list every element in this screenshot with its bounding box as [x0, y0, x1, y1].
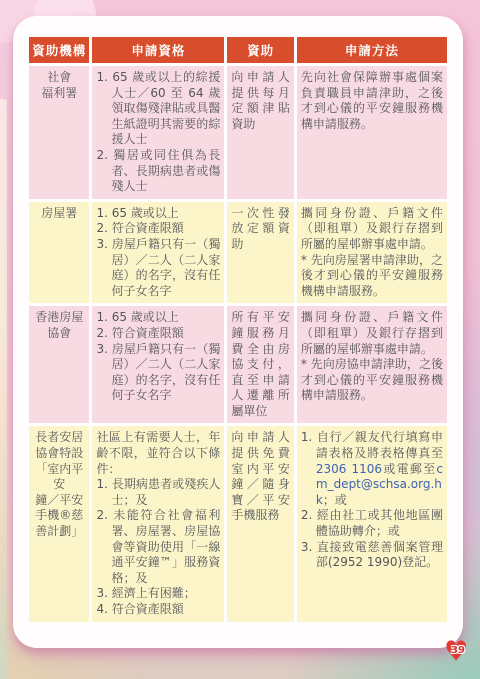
method-cell: 攜同身份證、戶籍文件（即租單）及銀行存摺到所屬的屋邨辦事處申請。 * 先向房協申… — [297, 306, 447, 423]
eligibility-item: 4. 符合資產限額 — [96, 602, 220, 618]
method-note: * 先向房屋署申請津助，之後才到心儀的平安鐘服務機構申請服務。 — [301, 253, 443, 300]
method-paragraph: 攜同身份證、戶籍文件（即租單）及銀行存摺到所屬的屋邨辦事處申請。 — [301, 310, 443, 357]
method-cell: 先向社會保障辦事處個案負責職員申請津助，之後才到心儀的平安鐘服務機構申請服務。 — [297, 66, 447, 199]
eligibility-item: 1. 65 歲或以上的綜援人士／60 至 64 歲領取傷殘津貼或具醫生紙證明其需… — [96, 70, 220, 148]
method-text: 1. 自行／親友代行填寫申請表格及將表格傳真至 — [301, 430, 443, 460]
method-note: * 先向房協申請津助，之後才到心儀的平安鐘服務機構申請服務。 — [301, 357, 443, 404]
method-cell: 攜同身份證、戶籍文件（即租單）及銀行存摺到所屬的屋邨辦事處申請。 * 先向房屋署… — [297, 202, 447, 304]
page-number: 39 — [445, 645, 471, 656]
method-item: 1. 自行／親友代行填寫申請表格及將表格傳真至2306 1106或電郵至cm_d… — [301, 430, 443, 508]
eligibility-cell: 1. 65 歲或以上的綜援人士／60 至 64 歲領取傷殘津貼或具醫生紙證明其需… — [92, 66, 224, 199]
eligibility-item: 3. 經濟上有困難； — [96, 586, 220, 602]
eligibility-cell: 社區上有需要人士，年齡不限，並符合以下條件： 1. 長期病患者或殘疾人士；及 2… — [92, 426, 224, 621]
org-cell: 香港房屋 協會 — [29, 306, 89, 423]
org-cell: 長者安居 協會特設 「室内平安 鐘／平安 手機®慈 善計劃」 — [29, 426, 89, 621]
phone-number: (2952 1990) — [328, 555, 402, 569]
header-cell-subsidy: 資助 — [227, 37, 293, 63]
subsidy-text: 向申請人提供每月定額津貼資助 — [231, 70, 289, 132]
eligibility-item: 1. 65 歲或以上 — [96, 310, 220, 326]
org-cell: 房屋署 — [29, 202, 89, 304]
table-row-housing-dept: 房屋署 1. 65 歲或以上 2. 符合資產限額 3. 房屋戶籍只有一（獨居）／… — [29, 202, 447, 304]
document-card: 資助機構 申請資格 資助 申請方法 社會 福利署 1. 65 歲或以上的綜援人士… — [13, 16, 463, 648]
eligibility-cell: 1. 65 歲或以上 2. 符合資產限額 3. 房屋戶籍只有一（獨居）／二人（二… — [92, 306, 224, 423]
method-paragraph: 攜同身份證、戶籍文件（即租單）及銀行存摺到所屬的屋邨辦事處申請。 — [301, 206, 443, 253]
eligibility-item: 1. 長期病患者或殘疾人士；及 — [96, 477, 220, 508]
subsidy-cell: 向申請人提供每月定額津貼資助 — [227, 66, 293, 199]
subsidy-cell: 所有平安鐘服務月費全由房協支付，直至申請人遷離所屬單位 — [227, 306, 293, 423]
table-header-row: 資助機構 申請資格 資助 申請方法 — [29, 37, 447, 63]
subsidy-cell: 一次性發放定額資助 — [227, 202, 293, 304]
header-cell-method: 申請方法 — [297, 37, 447, 63]
table-row-swd: 社會 福利署 1. 65 歲或以上的綜援人士／60 至 64 歲領取傷殘津貼或具… — [29, 66, 447, 199]
eligibility-intro: 社區上有需要人士，年齡不限，並符合以下條件： — [96, 430, 220, 477]
header-cell-eligibility: 申請資格 — [92, 37, 224, 63]
org-cell: 社會 福利署 — [29, 66, 89, 199]
subsidy-text: 向申請人提供免費室内平安鐘／隨身寶／平安手機服務 — [231, 430, 289, 524]
header-cell-organisation: 資助機構 — [29, 37, 89, 63]
method-text: ；或 — [323, 493, 347, 507]
page-number-badge: ♥ 39 — [444, 638, 472, 668]
page-spine-edge — [0, 0, 7, 679]
eligibility-cell: 1. 65 歲或以上 2. 符合資產限額 3. 房屋戶籍只有一（獨居）／二人（二… — [92, 202, 224, 304]
eligibility-item: 2. 符合資產限額 — [96, 326, 220, 342]
eligibility-item: 2. 獨居或同住俱為長者、長期病患者或傷殘人士 — [96, 148, 220, 195]
eligibility-item: 1. 65 歲或以上 — [96, 206, 220, 222]
eligibility-item: 3. 房屋戶籍只有一（獨居）／二人（二人家庭）的名字，沒有任何子女名字 — [96, 342, 220, 404]
subsidy-text: 所有平安鐘服務月費全由房協支付，直至申請人遷離所屬單位 — [231, 310, 289, 419]
eligibility-item: 3. 房屋戶籍只有一（獨居）／二人（二人家庭）的名字，沒有任何子女名字 — [96, 237, 220, 299]
method-item: 3. 直接致電慈善個案管理部(2952 1990)登記。 — [301, 540, 443, 571]
method-cell: 1. 自行／親友代行填寫申請表格及將表格傳真至2306 1106或電郵至cm_d… — [297, 426, 447, 621]
eligibility-item: 2. 未能符合社會福利署、房屋署、房屋協會等資助使用「一線通平安鐘™」服務資格；… — [96, 508, 220, 586]
subsidy-table: 資助機構 申請資格 資助 申請方法 社會 福利署 1. 65 歲或以上的綜援人士… — [26, 34, 450, 625]
eligibility-item: 2. 符合資產限額 — [96, 221, 220, 237]
table-row-schsa: 長者安居 協會特設 「室内平安 鐘／平安 手機®慈 善計劃」 社區上有需要人士，… — [29, 426, 447, 621]
table-row-housing-society: 香港房屋 協會 1. 65 歲或以上 2. 符合資產限額 3. 房屋戶籍只有一（… — [29, 306, 447, 423]
subsidy-text: 一次性發放定額資助 — [231, 206, 289, 253]
fax-number: 2306 1106 — [316, 462, 382, 476]
method-item: 2. 經由社工或其他地區團體協助轉介；或 — [301, 508, 443, 539]
method-paragraph: 先向社會保障辦事處個案負責職員申請津助，之後才到心儀的平安鐘服務機構申請服務。 — [301, 70, 443, 132]
method-text: 或電郵至 — [382, 462, 436, 476]
method-text: 登記。 — [402, 555, 438, 569]
subsidy-cell: 向申請人提供免費室内平安鐘／隨身寶／平安手機服務 — [227, 426, 293, 621]
